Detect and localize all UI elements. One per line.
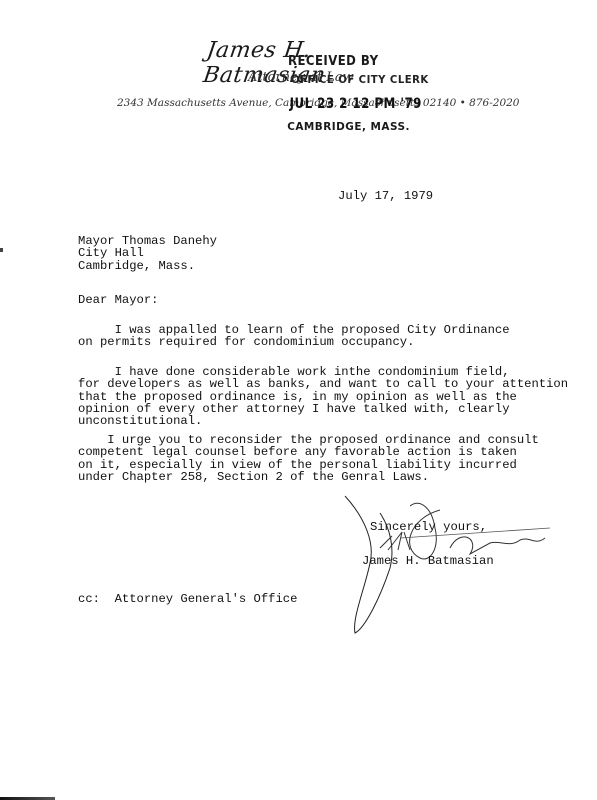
body-paragraph: I have done considerable work inthe cond…: [78, 366, 568, 427]
salutation: Dear Mayor:: [78, 294, 158, 306]
received-stamp-city: CAMBRIDGE, MASS.: [287, 120, 410, 133]
recipient-address: Mayor Thomas Danehy City Hall Cambridge,…: [78, 235, 217, 272]
received-stamp-line1: RECEIVED BY: [288, 54, 378, 69]
body-paragraph: I urge you to reconsider the proposed or…: [78, 434, 539, 483]
recipient-line: Cambridge, Mass.: [78, 259, 195, 273]
received-stamp-date: JUL 23 2 12 PM '79: [290, 96, 422, 112]
scan-mark: [0, 248, 3, 252]
letter-page: James H. Batmasian Attorney at Law 2343 …: [0, 0, 597, 800]
cc-line: cc: Attorney General's Office: [78, 593, 297, 605]
letter-date: July 17, 1979: [338, 190, 433, 202]
body-paragraph: I was appalled to learn of the proposed …: [78, 324, 510, 349]
closing: Sincerely yours,: [370, 521, 487, 533]
received-stamp-office: OFFICE OF CITY CLERK: [291, 73, 429, 86]
signer-name: James H. Batmasian: [362, 555, 494, 567]
